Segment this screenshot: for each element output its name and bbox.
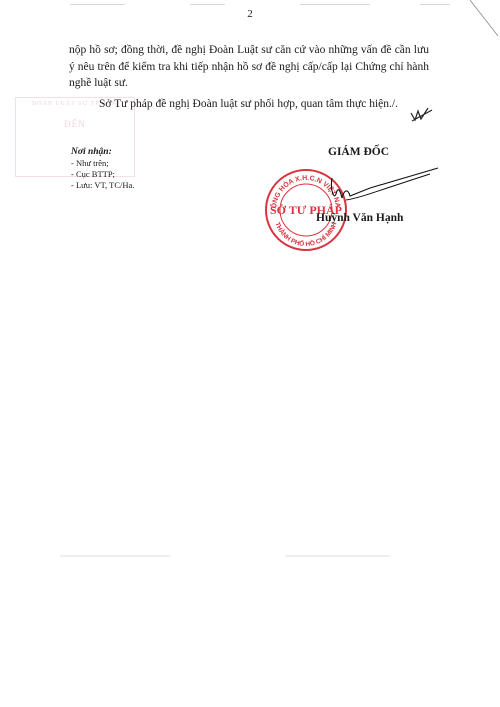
scan-artifact — [285, 555, 390, 557]
recipient-item: - Lưu: VT, TC/Ha. — [71, 180, 134, 191]
scan-artifact — [60, 555, 170, 557]
scan-artifact — [300, 4, 370, 5]
signer-name: Huỳnh Văn Hạnh — [316, 212, 403, 224]
initials-mark-icon — [408, 105, 434, 123]
scan-artifact — [190, 4, 225, 5]
body-text: nộp hồ sơ; đồng thời, đề nghị Đoàn Luật … — [69, 42, 429, 92]
recipients-title: Nơi nhận: — [71, 147, 134, 158]
scan-artifact — [420, 4, 450, 5]
signer-position: GIÁM ĐỐC — [328, 146, 389, 158]
recipients-block: Nơi nhận: - Như trên; - Cục BTTP; - Lưu:… — [71, 147, 134, 191]
page-number: 2 — [0, 8, 500, 20]
recipient-item: - Cục BTTP; — [71, 169, 134, 180]
page-corner-fold — [468, 0, 498, 40]
recipient-item: - Như trên; — [71, 158, 134, 169]
signature-icon — [320, 160, 440, 220]
bleed-stamp-sub: ĐẾN — [16, 119, 134, 129]
body-paragraph: nộp hồ sơ; đồng thời, đề nghị Đoàn Luật … — [69, 42, 429, 92]
closing-sentence: Sở Tư pháp đề nghị Đoàn luật sư phối hợp… — [99, 98, 398, 110]
scan-artifact — [70, 4, 125, 5]
